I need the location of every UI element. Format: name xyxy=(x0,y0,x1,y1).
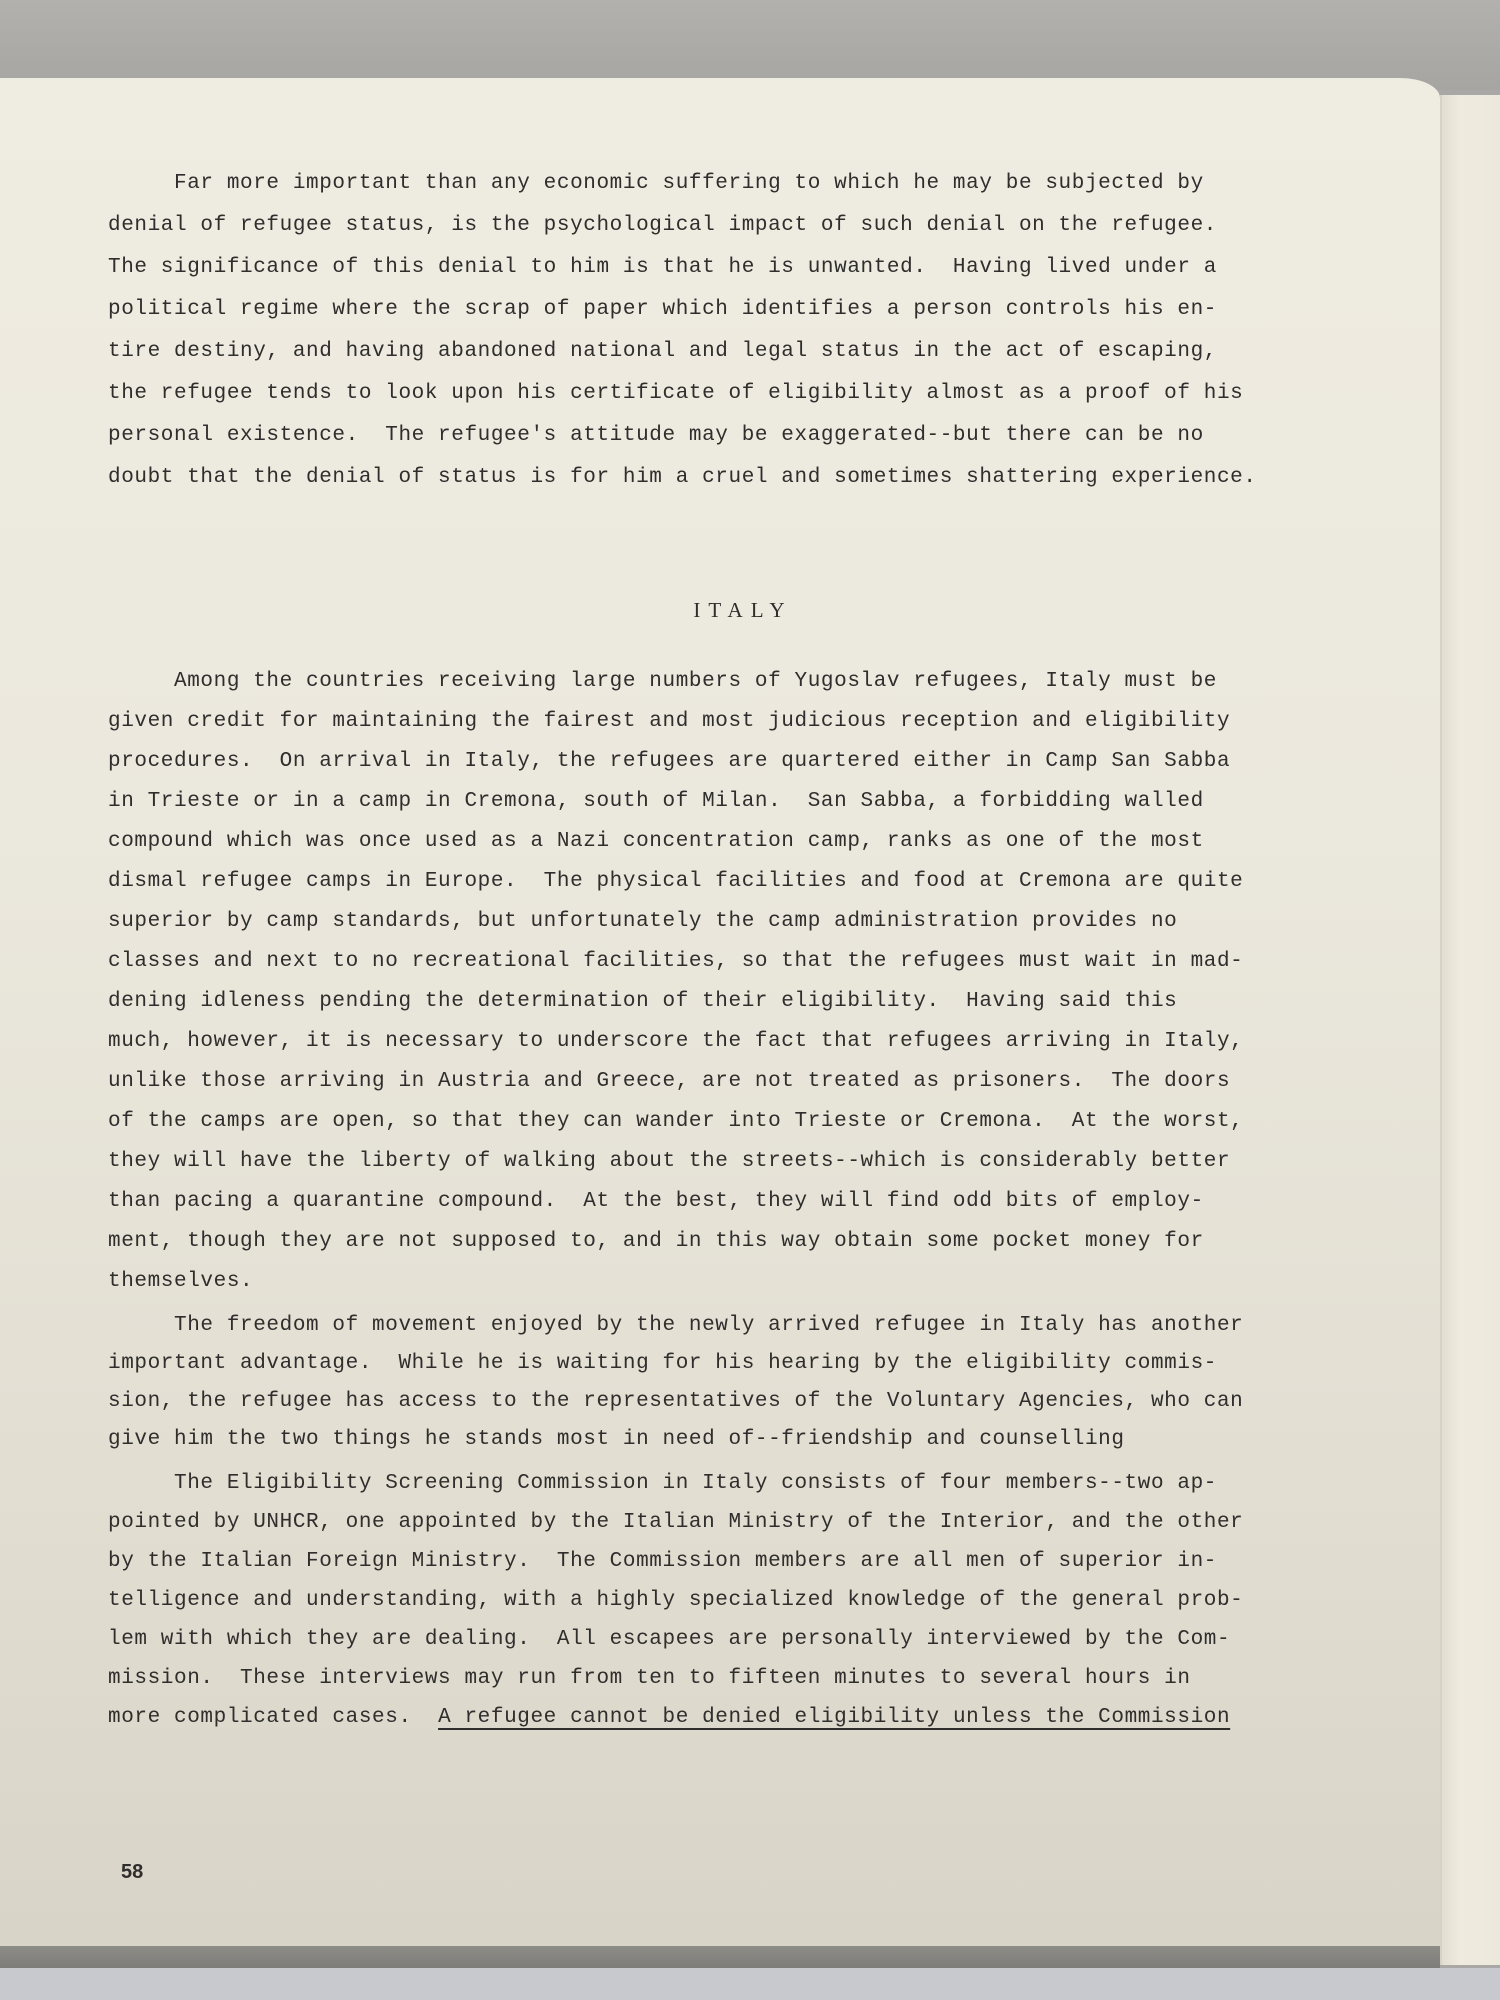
text-line: Far more important than any economic suf… xyxy=(108,171,1204,197)
text-line: lem with which they are dealing. All esc… xyxy=(108,1627,1230,1653)
text-line: they will have the liberty of walking ab… xyxy=(108,1149,1230,1175)
text-line: of the camps are open, so that they can … xyxy=(108,1109,1243,1135)
text-line: the refugee tends to look upon his certi… xyxy=(108,381,1243,407)
background-surface-top xyxy=(0,0,1500,90)
text-line: procedures. On arrival in Italy, the ref… xyxy=(108,749,1230,775)
text-line: denial of refugee status, is the psychol… xyxy=(108,213,1217,239)
text-line: given credit for maintaining the fairest… xyxy=(108,709,1230,735)
underlined-text: A refugee cannot be denied eligibility u… xyxy=(438,1706,1230,1729)
document-page: Far more important than any economic suf… xyxy=(0,78,1440,1946)
text-line: personal existence. The refugee's attitu… xyxy=(108,423,1204,449)
text-line: The significance of this denial to him i… xyxy=(108,255,1217,281)
text-line: sion, the refugee has access to the repr… xyxy=(108,1389,1243,1415)
text-line: telligence and understanding, with a hig… xyxy=(108,1588,1243,1614)
text-line: dening idleness pending the determinatio… xyxy=(108,989,1177,1015)
text-line: pointed by UNHCR, one appointed by the I… xyxy=(108,1510,1243,1536)
text-plain: more complicated cases. xyxy=(108,1706,438,1729)
text-line: doubt that the denial of status is for h… xyxy=(108,465,1257,491)
text-line: themselves. xyxy=(108,1269,253,1295)
text-line: important advantage. While he is waiting… xyxy=(108,1351,1217,1377)
text-line: ment, though they are not supposed to, a… xyxy=(108,1229,1204,1255)
text-line: unlike those arriving in Austria and Gre… xyxy=(108,1069,1230,1095)
text-line: superior by camp standards, but unfortun… xyxy=(108,909,1177,935)
background-surface-bottom xyxy=(0,1968,1500,2000)
text-line: tire destiny, and having abandoned natio… xyxy=(108,339,1217,365)
text-line: dismal refugee camps in Europe. The phys… xyxy=(108,869,1243,895)
text-line: political regime where the scrap of pape… xyxy=(108,297,1217,323)
text-line: than pacing a quarantine compound. At th… xyxy=(108,1189,1204,1215)
text-line: more complicated cases. A refugee cannot… xyxy=(108,1705,1230,1731)
page-bottom-edge xyxy=(0,1945,1440,1970)
text-line: much, however, it is necessary to unders… xyxy=(108,1029,1243,1055)
text-line: The freedom of movement enjoyed by the n… xyxy=(108,1313,1243,1339)
text-line: by the Italian Foreign Ministry. The Com… xyxy=(108,1549,1217,1575)
adjacent-page-edge xyxy=(1440,95,1500,1965)
text-line: compound which was once used as a Nazi c… xyxy=(108,829,1204,855)
text-line: mission. These interviews may run from t… xyxy=(108,1666,1191,1692)
text-line: classes and next to no recreational faci… xyxy=(108,949,1243,975)
text-line: The Eligibility Screening Commission in … xyxy=(108,1471,1217,1497)
page-number: 58 xyxy=(121,1861,143,1884)
text-line: give him the two things he stands most i… xyxy=(108,1427,1125,1453)
section-heading: ITALY xyxy=(108,598,1378,623)
text-line: Among the countries receiving large numb… xyxy=(108,669,1217,695)
text-line: in Trieste or in a camp in Cremona, sout… xyxy=(108,789,1204,815)
